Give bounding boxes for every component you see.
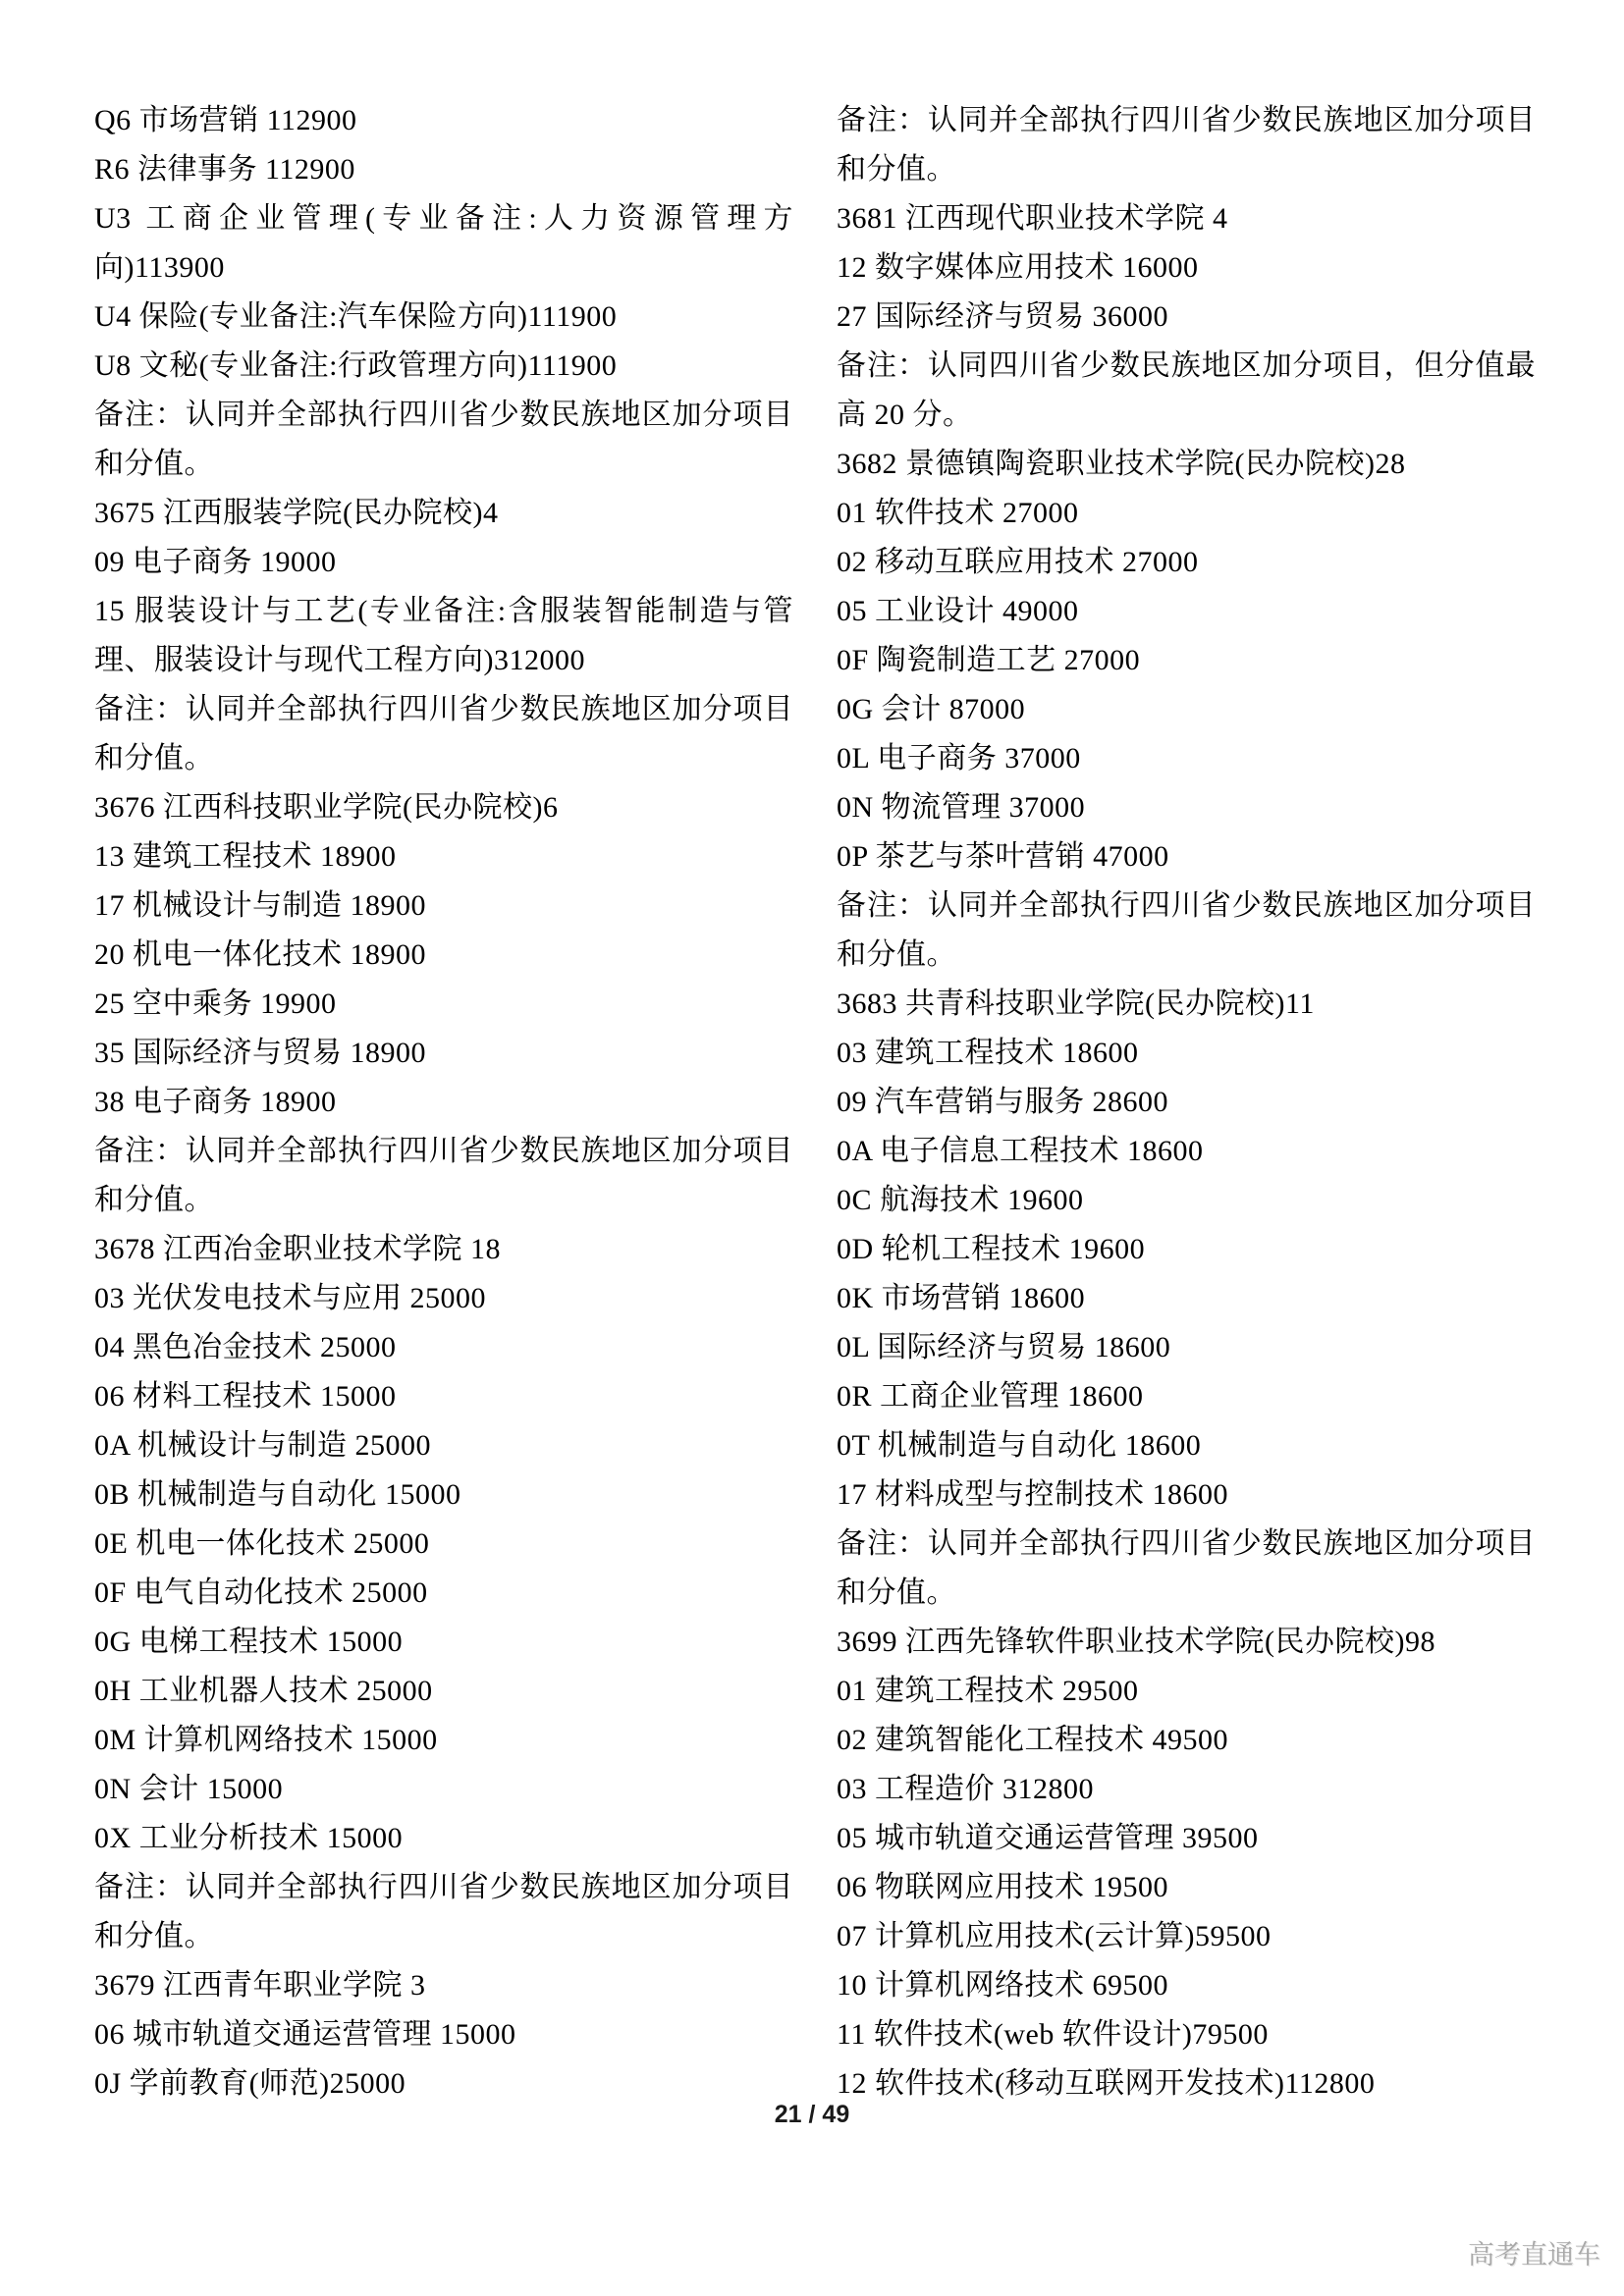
text-line: 备注：认同并全部执行四川省少数民族地区加分项目 xyxy=(94,391,793,440)
text-line: 0R 工商企业管理 18600 xyxy=(837,1372,1536,1421)
text-line: 3678 江西冶金职业技术学院 18 xyxy=(94,1225,793,1274)
text-line: 0T 机械制造与自动化 18600 xyxy=(837,1421,1536,1470)
text-line: 理、服装设计与现代工程方向)312000 xyxy=(94,636,793,685)
text-line: 备注：认同并全部执行四川省少数民族地区加分项目 xyxy=(94,1863,793,1912)
text-line: 0H 工业机器人技术 25000 xyxy=(94,1667,793,1716)
text-line: 和分值。 xyxy=(94,440,793,489)
text-line: 01 软件技术 27000 xyxy=(837,489,1536,538)
text-line: 06 物联网应用技术 19500 xyxy=(837,1863,1536,1912)
text-line: 0K 市场营销 18600 xyxy=(837,1274,1536,1323)
text-line: 和分值。 xyxy=(837,931,1536,980)
text-line: 高 20 分。 xyxy=(837,391,1536,440)
text-line: 0N 会计 15000 xyxy=(94,1765,793,1814)
text-line: 03 工程造价 312800 xyxy=(837,1765,1536,1814)
text-line: 05 城市轨道交通运营管理 39500 xyxy=(837,1814,1536,1863)
text-line: 0D 轮机工程技术 19600 xyxy=(837,1225,1536,1274)
text-line: 备注：认同四川省少数民族地区加分项目，但分值最 xyxy=(837,342,1536,391)
text-line: 3675 江西服装学院(民办院校)4 xyxy=(94,489,793,538)
text-line: R6 法律事务 112900 xyxy=(94,145,793,194)
text-line: 12 数字媒体应用技术 16000 xyxy=(837,243,1536,293)
text-line: 备注：认同并全部执行四川省少数民族地区加分项目 xyxy=(94,1127,793,1176)
text-line: 0C 航海技术 19600 xyxy=(837,1176,1536,1225)
text-line: 38 电子商务 18900 xyxy=(94,1078,793,1127)
text-line: 3682 景德镇陶瓷职业技术学院(民办院校)28 xyxy=(837,440,1536,489)
text-line: 15 服装设计与工艺(专业备注:含服装智能制造与管 xyxy=(94,587,793,636)
text-line: 0P 茶艺与茶叶营销 47000 xyxy=(837,832,1536,881)
text-line: 11 软件技术(web 软件设计)79500 xyxy=(837,2010,1536,2059)
text-line: 07 计算机应用技术(云计算)59500 xyxy=(837,1912,1536,1961)
text-line: 0G 电梯工程技术 15000 xyxy=(94,1618,793,1667)
text-line: 05 工业设计 49000 xyxy=(837,587,1536,636)
text-line: 0N 物流管理 37000 xyxy=(837,783,1536,832)
text-line: 0G 会计 87000 xyxy=(837,685,1536,734)
text-line: 向)113900 xyxy=(94,243,793,293)
text-line: 3681 江西现代职业技术学院 4 xyxy=(837,194,1536,243)
text-line: 3679 江西青年职业学院 3 xyxy=(94,1961,793,2010)
text-line: 06 城市轨道交通运营管理 15000 xyxy=(94,2010,793,2059)
text-line: 27 国际经济与贸易 36000 xyxy=(837,293,1536,342)
text-line: 备注：认同并全部执行四川省少数民族地区加分项目 xyxy=(837,96,1536,145)
text-line: 0A 电子信息工程技术 18600 xyxy=(837,1127,1536,1176)
left-column: Q6 市场营销 112900R6 法律事务 112900U3 工商企业管理(专业… xyxy=(94,96,793,2109)
text-line: 3699 江西先锋软件职业技术学院(民办院校)98 xyxy=(837,1618,1536,1667)
text-line: 0X 工业分析技术 15000 xyxy=(94,1814,793,1863)
text-line: U3 工商企业管理(专业备注:人力资源管理方 xyxy=(94,194,793,243)
text-line: 03 建筑工程技术 18600 xyxy=(837,1029,1536,1078)
text-line: 06 材料工程技术 15000 xyxy=(94,1372,793,1421)
text-line: 备注：认同并全部执行四川省少数民族地区加分项目 xyxy=(837,1520,1536,1569)
text-line: 13 建筑工程技术 18900 xyxy=(94,832,793,881)
text-line: 09 电子商务 19000 xyxy=(94,538,793,587)
text-line: 35 国际经济与贸易 18900 xyxy=(94,1029,793,1078)
document-page: Q6 市场营销 112900R6 法律事务 112900U3 工商企业管理(专业… xyxy=(0,0,1624,2296)
text-line: 3683 共青科技职业学院(民办院校)11 xyxy=(837,980,1536,1029)
text-line: 和分值。 xyxy=(94,1912,793,1961)
page-number: 21 / 49 xyxy=(0,2101,1624,2128)
text-line: 01 建筑工程技术 29500 xyxy=(837,1667,1536,1716)
text-line: 09 汽车营销与服务 28600 xyxy=(837,1078,1536,1127)
text-line: 10 计算机网络技术 69500 xyxy=(837,1961,1536,2010)
text-line: 和分值。 xyxy=(94,734,793,783)
text-line: 备注：认同并全部执行四川省少数民族地区加分项目 xyxy=(837,881,1536,931)
right-column: 备注：认同并全部执行四川省少数民族地区加分项目和分值。3681 江西现代职业技术… xyxy=(837,96,1536,2109)
text-line: 02 移动互联应用技术 27000 xyxy=(837,538,1536,587)
text-line: 0L 国际经济与贸易 18600 xyxy=(837,1323,1536,1372)
text-line: 03 光伏发电技术与应用 25000 xyxy=(94,1274,793,1323)
text-line: 3676 江西科技职业学院(民办院校)6 xyxy=(94,783,793,832)
text-line: 20 机电一体化技术 18900 xyxy=(94,931,793,980)
text-line: 0F 电气自动化技术 25000 xyxy=(94,1569,793,1618)
watermark: 高考直通车 xyxy=(1468,2240,1600,2269)
text-line: 备注：认同并全部执行四川省少数民族地区加分项目 xyxy=(94,685,793,734)
text-line: 17 材料成型与控制技术 18600 xyxy=(837,1470,1536,1520)
text-line: 0A 机械设计与制造 25000 xyxy=(94,1421,793,1470)
text-line: 17 机械设计与制造 18900 xyxy=(94,881,793,931)
text-line: U4 保险(专业备注:汽车保险方向)111900 xyxy=(94,293,793,342)
text-line: 和分值。 xyxy=(837,1569,1536,1618)
text-line: 0F 陶瓷制造工艺 27000 xyxy=(837,636,1536,685)
text-line: 04 黑色冶金技术 25000 xyxy=(94,1323,793,1372)
text-line: 0E 机电一体化技术 25000 xyxy=(94,1520,793,1569)
text-line: U8 文秘(专业备注:行政管理方向)111900 xyxy=(94,342,793,391)
text-line: 0L 电子商务 37000 xyxy=(837,734,1536,783)
text-line: 和分值。 xyxy=(837,145,1536,194)
text-line: 0B 机械制造与自动化 15000 xyxy=(94,1470,793,1520)
text-line: 和分值。 xyxy=(94,1176,793,1225)
text-line: Q6 市场营销 112900 xyxy=(94,96,793,145)
text-line: 25 空中乘务 19900 xyxy=(94,980,793,1029)
text-line: 02 建筑智能化工程技术 49500 xyxy=(837,1716,1536,1765)
text-line: 0M 计算机网络技术 15000 xyxy=(94,1716,793,1765)
